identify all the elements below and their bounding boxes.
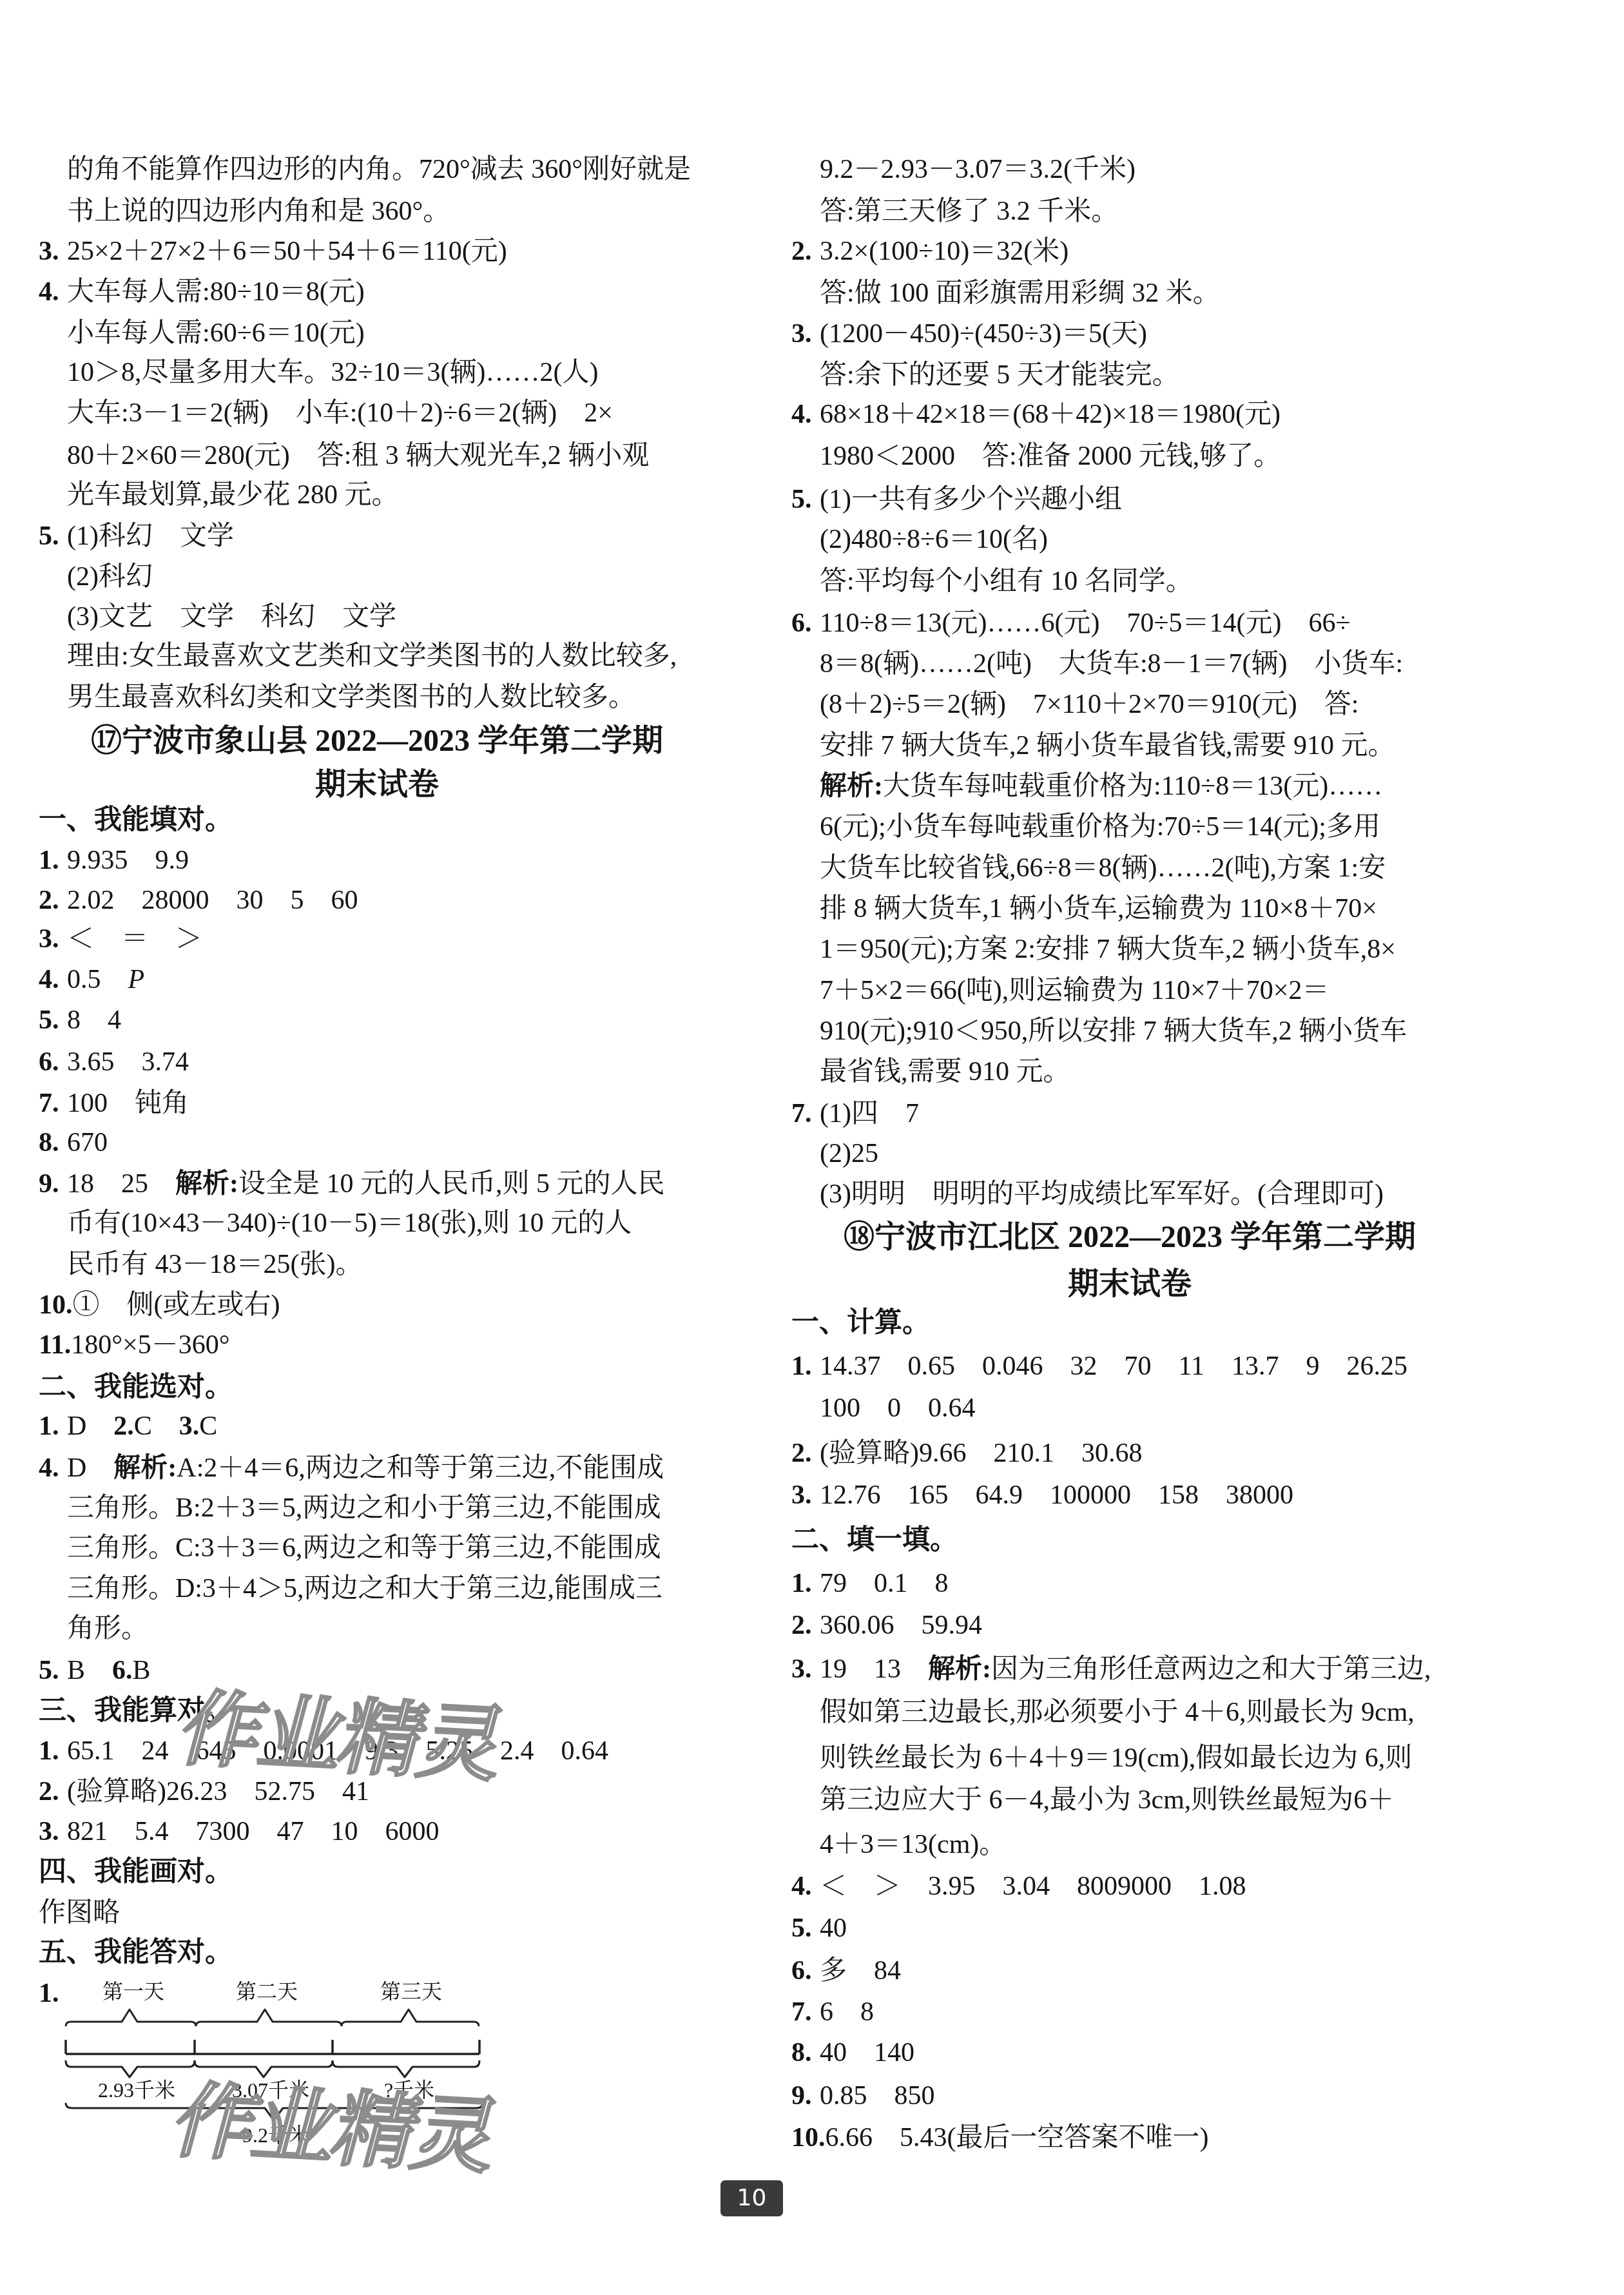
answer-text: 0.85 850 [820, 2081, 935, 2111]
section-heading: 一、计算。 [791, 1303, 930, 1343]
answer-continuation-line: 答:平均每个小组有 10 名同学。 [820, 561, 1193, 601]
answer-item: 3.19 13 解析:因为三角形任意两边之和大于第三边, [791, 1649, 1431, 1689]
answer-text: 角形。 [67, 1614, 148, 1643]
answer-text: 四、我能画对。 [39, 1857, 233, 1887]
answer-item: 1.9.935 9.9 [39, 840, 189, 880]
answer-text: 8＝8(辆)……2(吨) 大货车:8－1＝7(辆) 小货车: [820, 649, 1403, 679]
answer-text: 80＋2×60＝280(元) 答:租 3 辆大观光车,2 辆小观 [67, 441, 649, 470]
day-label: 第三天 [380, 1980, 442, 2003]
answer-continuation-line: 排 8 辆大货车,1 辆小货车,运输费为 110×8＋70× [820, 889, 1377, 929]
item-number: 5. [39, 516, 67, 556]
answer-text: 多 84 [820, 1956, 901, 1986]
answer-text: ＜ ＝ ＞ [67, 924, 202, 954]
answer-text: 最省钱,需要 910 元。 [820, 1057, 1070, 1087]
answer-item: 3.821 5.4 7300 47 10 6000 [39, 1812, 440, 1852]
answer-text: 1980＜2000 答:准备 2000 元钱,够了。 [820, 441, 1281, 471]
item-number: 3. [791, 1475, 820, 1515]
item-number: 2. [791, 1433, 820, 1473]
answer-continuation-line: 理由:女生最喜欢文艺类和文学类图书的人数比较多, [67, 636, 677, 676]
answer-text: 68×18＋42×18＝(68＋42)×18＝1980(元) [820, 400, 1281, 429]
top-brace [66, 2009, 196, 2026]
answer-item: 5.(1)一共有多少个兴趣小组 [791, 479, 1122, 519]
item-number: 9. [791, 2076, 820, 2116]
top-brace [342, 2009, 479, 2026]
answer-text: 男生最喜欢科幻类和文学类图书的人数比较多。 [67, 683, 635, 712]
answer-text: 三角形。D:3＋4＞5,两边之和大于第三边,能围成三 [67, 1574, 662, 1603]
item-number: 4. [39, 272, 67, 312]
answer-continuation-line: 10＞8,尽量多用大车。32÷10＝3(辆)……2(人) [67, 353, 599, 392]
answer-item: 3.12.76 165 64.9 100000 158 38000 [791, 1475, 1293, 1515]
section-heading: 二、填一填。 [791, 1520, 958, 1560]
answer-item: 1.65.1 24 645 0.0001 9.3 5.25 2.4 0.64 [39, 1731, 608, 1771]
answer-item: 2.360.06 59.94 [791, 1605, 982, 1645]
item-number: 5. [39, 1000, 67, 1040]
item-number: 1. [791, 1346, 820, 1386]
answer-item: 11.180°×5－360° [39, 1325, 229, 1365]
answer-item: 1.D 2.C 3.C [39, 1406, 217, 1446]
answer-continuation-line: 大货车比较省钱,66÷8＝8(辆)……2(吨),方案 1:安 [820, 848, 1386, 888]
answer-text: 作图略 [39, 1898, 120, 1928]
answer-item: 2.(验算略)26.23 52.75 41 [39, 1772, 369, 1812]
answer-text: 大车:3－1＝2(辆) 小车:(10＋2)÷6＝2(辆) 2× [67, 398, 613, 428]
bottom-brace [333, 2060, 479, 2077]
answer-continuation-line: 的角不能算作四边形的内角。720°减去 360°刚好就是 [67, 150, 691, 189]
answer-item: 5.(1)科幻 文学 [39, 516, 234, 556]
answer-text: 6(元);小货车每吨载重价格为:70÷5＝14(元);多用 [820, 812, 1380, 842]
top-brace [196, 2009, 342, 2026]
distance-label: 3.07千米 [232, 2078, 309, 2102]
item-number: 5. [791, 1908, 820, 1948]
answer-continuation-line: 三角形。C:3＋3＝6,两边之和等于第三边,不能围成 [67, 1528, 661, 1568]
item-number: 10. [39, 1285, 73, 1325]
answer-text: (验算略)26.23 52.75 41 [67, 1777, 369, 1806]
item-number: 4. [39, 960, 67, 1000]
italic-symbol: P [128, 965, 145, 994]
answer-text: A:2＋4＝6,两边之和等于第三边,不能围成 [177, 1453, 664, 1483]
answer-item: 4.D 解析:A:2＋4＝6,两边之和等于第三边,不能围成 [39, 1448, 664, 1488]
answer-text: (2)480÷8÷6＝10(名) [820, 525, 1048, 554]
answer-text: B [133, 1656, 151, 1685]
item-number: 11. [39, 1325, 71, 1365]
answer-continuation-line: 7＋5×2＝66(吨),则运输费为 110×7＋70×2＝ [820, 971, 1329, 1011]
answer-continuation-line: 三角形。D:3＋4＞5,两边之和大于第三边,能围成三 [67, 1569, 662, 1609]
item-number: 3. [39, 919, 67, 959]
answer-text: 670 [67, 1128, 108, 1157]
answer-text: C [199, 1411, 217, 1441]
exam-title: 期末试卷 [791, 1264, 1468, 1304]
answer-text: 一、计算。 [791, 1308, 930, 1338]
answer-text: (1)四 7 [820, 1099, 919, 1128]
answer-continuation-line: 80＋2×60＝280(元) 答:租 3 辆大观光车,2 辆小观 [67, 436, 649, 476]
answer-text: 书上说的四边形内角和是 360°。 [67, 197, 450, 226]
answer-text: 因为三角形任意两边之和大于第三边, [991, 1654, 1431, 1684]
day-label: 第一天 [102, 1980, 164, 2003]
answer-text: 10＞8,尽量多用大车。32÷10＝3(辆)……2(人) [67, 358, 599, 387]
answer-text: 答:做 100 面彩旗需用彩绸 32 米。 [820, 278, 1220, 308]
answer-text: (3)明明 明明的平均成绩比军军好。(合理即可) [820, 1179, 1384, 1209]
answer-continuation-line: 大车:3－1＝2(辆) 小车:(10＋2)÷6＝2(辆) 2× [67, 393, 613, 433]
answer-text: 安排 7 辆大货车,2 辆小货车最省钱,需要 910 元。 [820, 731, 1395, 760]
item-number: 6. [791, 1951, 820, 1991]
answer-continuation-line: 最省钱,需要 910 元。 [820, 1052, 1070, 1092]
bold-label: 解析: [928, 1654, 991, 1684]
answer-continuation-line: 安排 7 辆大货车,2 辆小货车最省钱,需要 910 元。 [820, 726, 1395, 766]
answer-item: 9.0.85 850 [791, 2076, 935, 2116]
answer-continuation-line: 三角形。B:2＋3＝5,两边之和小于第三边,不能围成 [67, 1488, 661, 1528]
answer-text: 40 140 [820, 2038, 914, 2067]
answer-continuation-line: 男生最喜欢科幻类和文学类图书的人数比较多。 [67, 677, 635, 717]
total-brace [66, 2103, 483, 2120]
item-number: 2. [39, 1772, 67, 1812]
answer-continuation-line: 答:做 100 面彩旗需用彩绸 32 米。 [820, 273, 1220, 313]
answer-text: 大货车每吨载重价格为:110÷8＝13(元)…… [883, 771, 1382, 801]
answer-text: B [67, 1656, 112, 1685]
answer-text: ＜ ＞ 3.95 3.04 8009000 1.08 [820, 1872, 1246, 1901]
answer-text: 4＋3＝13(cm)。 [820, 1830, 1006, 1859]
distance-label: 2.93千米 [98, 2078, 175, 2102]
answer-text: (8＋2)÷5＝2(辆) 7×110＋2×70＝910(元) 答: [820, 690, 1358, 719]
answer-text: 9.935 9.9 [67, 846, 189, 875]
answer-text: (1)科幻 文学 [67, 521, 234, 551]
answer-item: 2.3.2×(100÷10)＝32(米) [791, 231, 1068, 271]
answer-item: 9.18 25 解析:设全是 10 元的人民币,则 5 元的人民 [39, 1164, 665, 1204]
item-number: 2. [791, 231, 820, 271]
answer-continuation-line: 第三边应大于 6－4,最小为 3cm,则铁丝最短为6＋ [820, 1780, 1394, 1820]
answer-text: 6 8 [820, 1997, 874, 2027]
answer-text: D [67, 1411, 113, 1441]
answer-text: 排 8 辆大货车,1 辆小货车,运输费为 110×8＋70× [820, 894, 1377, 924]
answer-text: D [67, 1453, 113, 1483]
answer-text: 100 钝角 [67, 1089, 189, 1118]
answer-text: ① 侧(或左或右) [73, 1290, 280, 1320]
item-number: 2. [791, 1605, 820, 1645]
section-heading: 二、我能选对。 [39, 1368, 233, 1408]
answer-text: 则铁丝最长为 6＋4＋9＝19(cm),假如最长边为 6,则 [820, 1743, 1412, 1773]
answer-text: 二、我能选对。 [39, 1372, 233, 1402]
answer-text: 光车最划算,最少花 280 元。 [67, 480, 399, 510]
answer-note: 作图略 [39, 1893, 120, 1933]
answer-item: 7.100 钝角 [39, 1083, 189, 1123]
answer-item: 4.大车每人需:80÷10＝8(元) [39, 272, 365, 312]
bold-label: 6. [112, 1656, 133, 1685]
answer-continuation-line: 币有(10×43－340)÷(10－5)＝18(张),则 10 元的人 [67, 1203, 632, 1243]
item-number: 4. [791, 1866, 820, 1906]
answer-text: 第三边应大于 6－4,最小为 3cm,则铁丝最短为6＋ [820, 1785, 1394, 1815]
item-number: 6. [791, 603, 820, 643]
answer-continuation-line: (2)480÷8÷6＝10(名) [820, 519, 1048, 559]
answer-text: 100 0 0.64 [820, 1393, 976, 1423]
answer-text: 3.2×(100÷10)＝32(米) [820, 237, 1068, 266]
bold-label: 2. [113, 1411, 134, 1441]
answer-item: 8.670 [39, 1123, 108, 1163]
answer-item: 2.(验算略)9.66 210.1 30.68 [791, 1433, 1142, 1473]
answer-text: (3)文艺 文学 科幻 文学 [67, 602, 396, 632]
answer-text: (1200－450)÷(450÷3)＝5(天) [820, 319, 1147, 349]
answer-text: 110÷8＝13(元)……6(元) 70÷5＝14(元) 66÷ [820, 608, 1351, 638]
answer-text: 三角形。C:3＋3＝6,两边之和等于第三边,不能围成 [67, 1533, 661, 1563]
answer-continuation-line: 书上说的四边形内角和是 360°。 [67, 191, 450, 231]
item-number: 10. [791, 2118, 826, 2158]
answer-text: 大货车比较省钱,66÷8＝8(辆)……2(吨),方案 1:安 [820, 853, 1386, 883]
answer-item: 2.2.02 28000 30 5 60 [39, 880, 358, 920]
answer-text: 二、填一填。 [791, 1525, 958, 1555]
answer-text: 答:余下的还要 5 天才能装完。 [820, 360, 1179, 390]
answer-continuation-line: (3)文艺 文学 科幻 文学 [67, 597, 396, 637]
answer-key-page: 的角不能算作四边形的内角。720°减去 360°刚好就是书上说的四边形内角和是 … [0, 0, 1624, 2295]
answer-item: 5.40 [791, 1908, 847, 1948]
answer-continuation-line: (8＋2)÷5＝2(辆) 7×110＋2×70＝910(元) 答: [820, 684, 1358, 724]
item-number: 2. [39, 880, 67, 920]
answer-text: 理由:女生最喜欢文艺类和文学类图书的人数比较多, [67, 641, 677, 671]
answer-text: 910(元);910＜950,所以安排 7 辆大货车,2 辆小货车 [820, 1016, 1407, 1046]
answer-text: (2)科幻 [67, 562, 153, 592]
answer-item: 7.6 8 [791, 1992, 874, 2032]
answer-text: 19 13 [820, 1654, 928, 1684]
answer-text: 2.02 28000 30 5 60 [67, 886, 358, 915]
answer-continuation-line: 角形。 [67, 1609, 148, 1649]
item-number: 4. [39, 1448, 67, 1488]
answer-text: C [134, 1411, 179, 1441]
answer-item: 4.0.5 P [39, 960, 144, 1000]
distance-label: ?千米 [384, 2078, 434, 2102]
bold-label: 解析: [113, 1453, 177, 1483]
bold-label: 3. [179, 1411, 200, 1441]
item-number: 1. [39, 1731, 67, 1771]
answer-text: 一、我能填对。 [39, 805, 233, 835]
answer-continuation-line: 1980＜2000 答:准备 2000 元钱,够了。 [820, 436, 1281, 476]
answer-item: 4.68×18＋42×18＝(68＋42)×18＝1980(元) [791, 394, 1281, 434]
answer-item: 5.B 6.B [39, 1651, 151, 1690]
answer-continuation-line: (2)25 [820, 1134, 878, 1174]
answer-continuation-line: 4＋3＝13(cm)。 [820, 1825, 1006, 1864]
answer-continuation-line: (3)明明 明明的平均成绩比军军好。(合理即可) [820, 1174, 1384, 1214]
exam-title: 期末试卷 [39, 765, 715, 805]
answer-text: 三、我能算对。 [39, 1696, 233, 1726]
answer-text: 币有(10×43－340)÷(10－5)＝18(张),则 10 元的人 [67, 1208, 632, 1238]
answer-item: 3.25×2＋27×2＋6＝50＋54＋6＝110(元) [39, 231, 507, 271]
answer-continuation-line: (2)科幻 [67, 557, 153, 597]
bold-label: 解析: [175, 1169, 238, 1199]
item-number: 1. [39, 1406, 67, 1446]
answer-text: 大车每人需:80÷10＝8(元) [67, 277, 365, 307]
answer-continuation-line: 光车最划算,最少花 280 元。 [67, 475, 399, 515]
answer-continuation-line: 则铁丝最长为 6＋4＋9＝19(cm),假如最长边为 6,则 [820, 1738, 1412, 1778]
item-number: 3. [39, 1812, 67, 1852]
answer-continuation-line: 8＝8(辆)……2(吨) 大货车:8－1＝7(辆) 小货车: [820, 644, 1403, 684]
item-number: 3. [791, 1649, 820, 1689]
item-number: 8. [791, 2033, 820, 2073]
bottom-brace [195, 2060, 333, 2077]
answer-text: 14.37 0.65 0.046 32 70 11 13.7 9 26.25 [820, 1351, 1407, 1381]
answer-text: (2)25 [820, 1139, 878, 1168]
total-distance-label: 9.2千米 [242, 2124, 309, 2147]
answer-text: 假如第三边最长,那必须要小于 4＋6,则最长为 9cm, [820, 1698, 1415, 1727]
answer-item: 1.79 0.1 8 [791, 1564, 949, 1603]
exam-title: ⑱宁波市江北区 2022—2023 学年第二学期 [791, 1217, 1468, 1257]
answer-continuation-line: 1＝950(元);方案 2:安排 7 辆大货车,2 辆小货车,8× [820, 929, 1396, 969]
item-number: 8. [39, 1123, 67, 1163]
answer-item: 3.＜ ＝ ＞ [39, 919, 202, 959]
item-number: 3. [791, 314, 820, 354]
answer-text: 65.1 24 645 0.0001 9.3 5.25 2.4 0.64 [67, 1736, 608, 1766]
answer-text: ⑱宁波市江北区 2022—2023 学年第二学期 [844, 1220, 1416, 1254]
answer-item: 1.14.37 0.65 0.046 32 70 11 13.7 9 26.25 [791, 1346, 1407, 1386]
answer-continuation-line: 9.2－2.93－3.07＝3.2(千米) [820, 150, 1136, 189]
answer-text: 18 25 [67, 1169, 175, 1199]
answer-text: (1)一共有多少个兴趣小组 [820, 485, 1122, 514]
line-segment-diagram: 1. 第一天 第二天 第三天 2.93千米 3.07千米 ?千米 9.2千米 [0, 1959, 554, 2178]
section-heading: 一、我能填对。 [39, 800, 233, 840]
answer-text: 8 4 [67, 1005, 121, 1035]
answer-text: 360.06 59.94 [820, 1611, 982, 1640]
exam-title: ⑰宁波市象山县 2022—2023 学年第二学期 [39, 721, 715, 761]
answer-item: 8.40 140 [791, 2033, 914, 2073]
item-number: 7. [39, 1083, 67, 1123]
answer-item: 10.① 侧(或左或右) [39, 1285, 280, 1325]
answer-text: 12.76 165 64.9 100000 158 38000 [820, 1480, 1293, 1510]
item-number: 5. [39, 1651, 67, 1690]
answer-continuation-line: 答:余下的还要 5 天才能装完。 [820, 355, 1179, 395]
answer-text: 三角形。B:2＋3＝5,两边之和小于第三边,不能围成 [67, 1493, 661, 1523]
section-heading: 三、我能算对。 [39, 1691, 233, 1731]
answer-item: 6.110÷8＝13(元)……6(元) 70÷5＝14(元) 66÷ [791, 603, 1351, 643]
right-column: 9.2－2.93－3.07＝3.2(千米)答:第三天修了 3.2 千米。2.3.… [791, 0, 1468, 2295]
item-number: 3. [39, 231, 67, 271]
item-number: 5. [791, 479, 820, 519]
item-number: 9. [39, 1164, 67, 1204]
answer-text: 期末试卷 [315, 768, 439, 802]
answer-text: 821 5.4 7300 47 10 6000 [67, 1817, 440, 1846]
answer-text: 答:平均每个小组有 10 名同学。 [820, 566, 1193, 596]
item-number: 6. [39, 1042, 67, 1082]
answer-text: 的角不能算作四边形的内角。720°减去 360°刚好就是 [67, 155, 691, 184]
bottom-brace [66, 2060, 195, 2077]
answer-item: 5.8 4 [39, 1000, 121, 1040]
item-number: 1. [39, 840, 67, 880]
answer-text: 25×2＋27×2＋6＝50＋54＋6＝110(元) [67, 237, 507, 266]
answer-item: 10.6.66 5.43(最后一空答案不唯一) [791, 2118, 1208, 2158]
item-number: 4. [791, 394, 820, 434]
answer-text: ⑰宁波市象山县 2022—2023 学年第二学期 [91, 724, 663, 758]
page-number-badge: 10 [720, 2180, 783, 2216]
answer-continuation-line: 民币有 43－18＝25(张)。 [67, 1244, 362, 1284]
left-column: 的角不能算作四边形的内角。720°减去 360°刚好就是书上说的四边形内角和是 … [39, 0, 715, 2295]
item-number: 7. [791, 1992, 820, 2032]
answer-item: 6.多 84 [791, 1951, 901, 1991]
answer-text: 40 [820, 1913, 847, 1943]
answer-text: 1＝950(元);方案 2:安排 7 辆大货车,2 辆小货车,8× [820, 934, 1396, 964]
answer-item: 4.＜ ＞ 3.95 3.04 8009000 1.08 [791, 1866, 1246, 1906]
answer-continuation-line: 小车每人需:60÷6＝10(元) [67, 313, 365, 353]
answer-text: 9.2－2.93－3.07＝3.2(千米) [820, 155, 1136, 184]
answer-text: 小车每人需:60÷6＝10(元) [67, 318, 365, 348]
day-label: 第二天 [236, 1980, 298, 2003]
answer-text: 期末试卷 [1068, 1267, 1192, 1301]
answer-continuation-line: 解析:大货车每吨载重价格为:110÷8＝13(元)…… [820, 766, 1382, 806]
answer-item: 3.(1200－450)÷(450÷3)＝5(天) [791, 314, 1147, 354]
answer-text: 180°×5－360° [71, 1330, 229, 1360]
bold-label: 解析: [820, 771, 883, 801]
answer-continuation-line: 6(元);小货车每吨载重价格为:70÷5＝14(元);多用 [820, 807, 1380, 847]
section-heading: 四、我能画对。 [39, 1852, 233, 1892]
answer-continuation-line: 答:第三天修了 3.2 千米。 [820, 191, 1118, 231]
answer-continuation-line: 假如第三边最长,那必须要小于 4＋6,则最长为 9cm, [820, 1692, 1415, 1732]
answer-item: 6.3.65 3.74 [39, 1042, 189, 1082]
item-number: 1. [791, 1564, 820, 1603]
answer-text: 0.5 [67, 965, 128, 994]
answer-text: (验算略)9.66 210.1 30.68 [820, 1438, 1142, 1468]
answer-text: 3.65 3.74 [67, 1047, 189, 1077]
item-number: 7. [791, 1094, 820, 1134]
answer-text: 6.66 5.43(最后一空答案不唯一) [826, 2123, 1209, 2153]
answer-text: 民币有 43－18＝25(张)。 [67, 1250, 362, 1279]
answer-continuation-line: 910(元);910＜950,所以安排 7 辆大货车,2 辆小货车 [820, 1011, 1407, 1051]
answer-text: 设全是 10 元的人民币,则 5 元的人民 [238, 1169, 665, 1199]
diagram-graphic: 第一天 第二天 第三天 2.93千米 3.07千米 ?千米 9.2千米 [0, 1959, 554, 2178]
answer-text: 7＋5×2＝66(吨),则运输费为 110×7＋70×2＝ [820, 976, 1329, 1005]
answer-text: 79 0.1 8 [820, 1569, 949, 1598]
answer-continuation-line: 100 0 0.64 [820, 1388, 976, 1428]
answer-text: 答:第三天修了 3.2 千米。 [820, 197, 1118, 226]
answer-item: 7.(1)四 7 [791, 1094, 919, 1134]
